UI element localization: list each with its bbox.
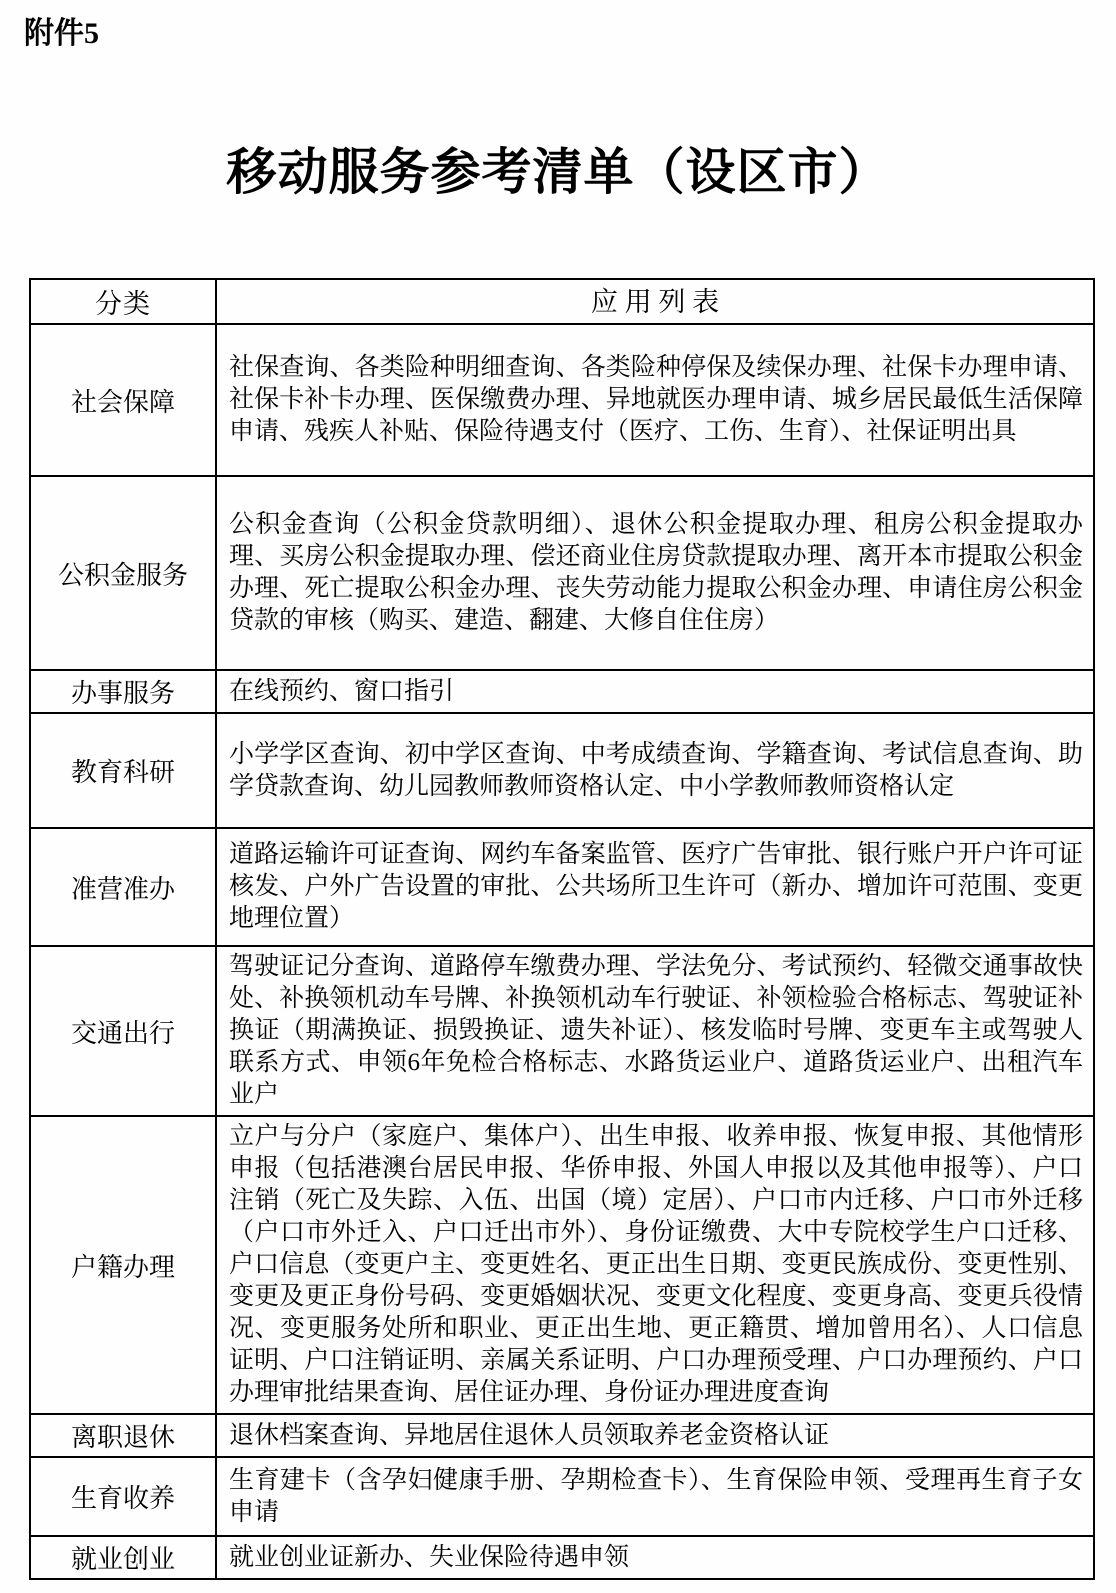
table-row: 公积金服务 公积金查询（公积金贷款明细）、退休公积金提取办理、租房公积金提取办理… [30,476,1094,670]
table-row: 交通出行 驾驶证记分查询、道路停车缴费办理、学法免分、考试预约、轻微交通事故快处… [30,946,1094,1116]
apps-cell: 立户与分户（家庭户、集体户）、出生申报、收养申报、恢复申报、其他情形申报（包括港… [216,1116,1094,1414]
category-cell: 交通出行 [30,946,216,1116]
table-row: 生育收养 生育建卡（含孕妇健康手册、孕期检查卡）、生育保险申领、受理再生育子女申… [30,1457,1094,1536]
category-cell: 离职退休 [30,1414,216,1457]
apps-cell: 在线预约、窗口指引 [216,670,1094,713]
apps-cell: 小学学区查询、初中学区查询、中考成绩查询、学籍查询、考试信息查询、助学贷款查询、… [216,713,1094,828]
table-row: 离职退休 退休档案查询、异地居住退休人员领取养老金资格认证 [30,1414,1094,1457]
apps-cell: 社保查询、各类险种明细查询、各类险种停保及续保办理、社保卡办理申请、社保卡补卡办… [216,324,1094,476]
category-cell: 就业创业 [30,1536,216,1579]
table-row: 户籍办理 立户与分户（家庭户、集体户）、出生申报、收养申报、恢复申报、其他情形申… [30,1116,1094,1414]
apps-cell: 生育建卡（含孕妇健康手册、孕期检查卡）、生育保险申领、受理再生育子女申请 [216,1457,1094,1536]
apps-cell: 就业创业证新办、失业保险待遇申领 [216,1536,1094,1579]
category-cell: 户籍办理 [30,1116,216,1414]
table-row: 办事服务 在线预约、窗口指引 [30,670,1094,713]
category-cell: 办事服务 [30,670,216,713]
table-header-apps: 应 用 列 表 [216,279,1094,324]
page-title: 移动服务参考清单（设区市） [0,132,1116,204]
apps-cell: 道路运输许可证查询、网约车备案监管、医疗广告审批、银行账户开户许可证核发、户外广… [216,828,1094,946]
category-cell: 准营准办 [30,828,216,946]
table-header-row: 分类 应 用 列 表 [30,279,1094,324]
table-row: 教育科研 小学学区查询、初中学区查询、中考成绩查询、学籍查询、考试信息查询、助学… [30,713,1094,828]
category-cell: 社会保障 [30,324,216,476]
document-page: 附件5 移动服务参考清单（设区市） 分类 应 用 列 表 社会保障 社保查询、各… [0,0,1116,1593]
table-row: 社会保障 社保查询、各类险种明细查询、各类险种停保及续保办理、社保卡办理申请、社… [30,324,1094,476]
apps-cell: 公积金查询（公积金贷款明细）、退休公积金提取办理、租房公积金提取办理、买房公积金… [216,476,1094,670]
table-header-category: 分类 [30,279,216,324]
table-row: 就业创业 就业创业证新办、失业保险待遇申领 [30,1536,1094,1579]
table-row: 准营准办 道路运输许可证查询、网约车备案监管、医疗广告审批、银行账户开户许可证核… [30,828,1094,946]
category-cell: 教育科研 [30,713,216,828]
category-cell: 生育收养 [30,1457,216,1536]
apps-cell: 退休档案查询、异地居住退休人员领取养老金资格认证 [216,1414,1094,1457]
category-cell: 公积金服务 [30,476,216,670]
services-table: 分类 应 用 列 表 社会保障 社保查询、各类险种明细查询、各类险种停保及续保办… [29,278,1095,1580]
attachment-label: 附件5 [24,8,99,52]
apps-cell: 驾驶证记分查询、道路停车缴费办理、学法免分、考试预约、轻微交通事故快处、补换领机… [216,946,1094,1116]
